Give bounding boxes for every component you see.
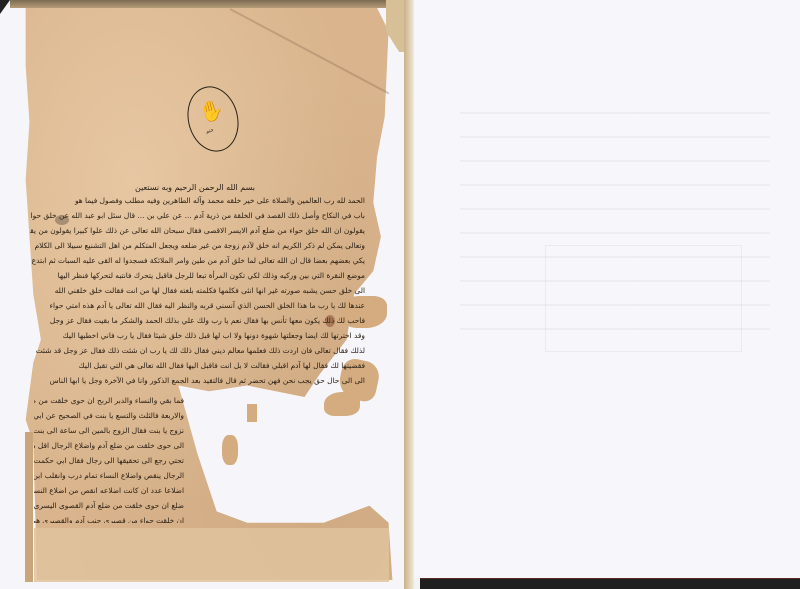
basmala-heading: بسم الله الرحمن الرحيم وبه نستعين <box>120 183 270 192</box>
text-line: فما بقي والنساء والدبر الربح ان حوى خلقت… <box>34 393 184 408</box>
text-line: فقضيتها لك فقال لها آدم اقبلي فقالت لا ب… <box>79 358 365 373</box>
text-line: باب في النكاح وأصل ذلك القصد في الخلقة م… <box>30 208 365 223</box>
paper-strip <box>25 432 33 582</box>
text-line: يكي بعضهم بعضا قال ان الله تعالى لما خلق… <box>32 253 365 268</box>
text-line: الى حوى خلقت من ضلع آدم واضلاع الرجال اق… <box>34 438 184 453</box>
text-line: عندها لك يا رب ما هذا الخلق الحسن الذي آ… <box>49 298 365 313</box>
text-line: ان خلقت حواء من قصيرى جنب آدم والقصيرى ه… <box>34 513 184 523</box>
text-line: الى الى حال حق يجب نحن فهن تحضر ثم قال ف… <box>50 373 365 388</box>
text-line: وتعالى يمكن لم ذكر الكريم انه خلق لآدم ز… <box>35 238 365 253</box>
text-line: فاحب لك ذلك يكون معها تأنس بها فقال نعم … <box>50 313 365 328</box>
manuscript-spread: ✋ ختم بسم الله الرحمن الرحيم وبه نستعين … <box>0 0 800 589</box>
book-spine <box>404 0 414 589</box>
manuscript-text-upper: الحمد لله رب العالمين والصلاة على خير خل… <box>30 193 365 393</box>
dark-corner <box>0 0 10 14</box>
text-line: وقد اخترتها لك ايضا وجعلتها شهوة دونها و… <box>63 328 365 343</box>
text-line: الرجال ينقص واضلاع النساء تمام درب وانقل… <box>34 468 184 483</box>
text-line: الى خلق حسن يشبه صورته غير انها انثى فكل… <box>55 283 365 298</box>
paper-fragment <box>247 404 257 422</box>
text-line: نزوج يا بنت فقال الزوج بالمين الى ساعة ا… <box>34 423 184 438</box>
book-cover-edge <box>420 578 800 589</box>
text-line: تحتي رجع الى تحقيقها الى رجال فقال ابي ح… <box>34 453 184 468</box>
seal-caption: ختم <box>205 127 214 135</box>
text-line: والاربعة فالثلث والتسع يا بنت في الصحيح … <box>34 408 184 423</box>
text-line: ضلع ان حوى خلقت من ضلع آدم القصوى اليسرى… <box>34 498 184 513</box>
text-line: الحمد لله رب العالمين والصلاة على خير خل… <box>75 193 365 208</box>
top-binding-edge <box>10 0 410 8</box>
manuscript-text-lower: فما بقي والنساء والدبر الربح ان حوى خلقت… <box>34 393 184 523</box>
bleed-through-frame <box>545 245 742 352</box>
text-line: موضع النقرة التي بين وركيه وذلك لكي تكون… <box>58 268 365 283</box>
paper-fragment <box>222 435 238 465</box>
text-line: يقولون ان الله خلق حواء من ضلع آدم الايس… <box>30 223 365 238</box>
hamsa-seal-icon: ✋ <box>197 96 227 125</box>
text-line: لذلك فقال تعالى فان اردت ذلك فعلمها معال… <box>36 343 365 358</box>
paper-fragment <box>324 392 360 416</box>
text-line: اضلاعا عدد ان كانت اضلاعه انقص من اضلاع … <box>34 483 184 498</box>
repair-tape <box>34 528 389 582</box>
